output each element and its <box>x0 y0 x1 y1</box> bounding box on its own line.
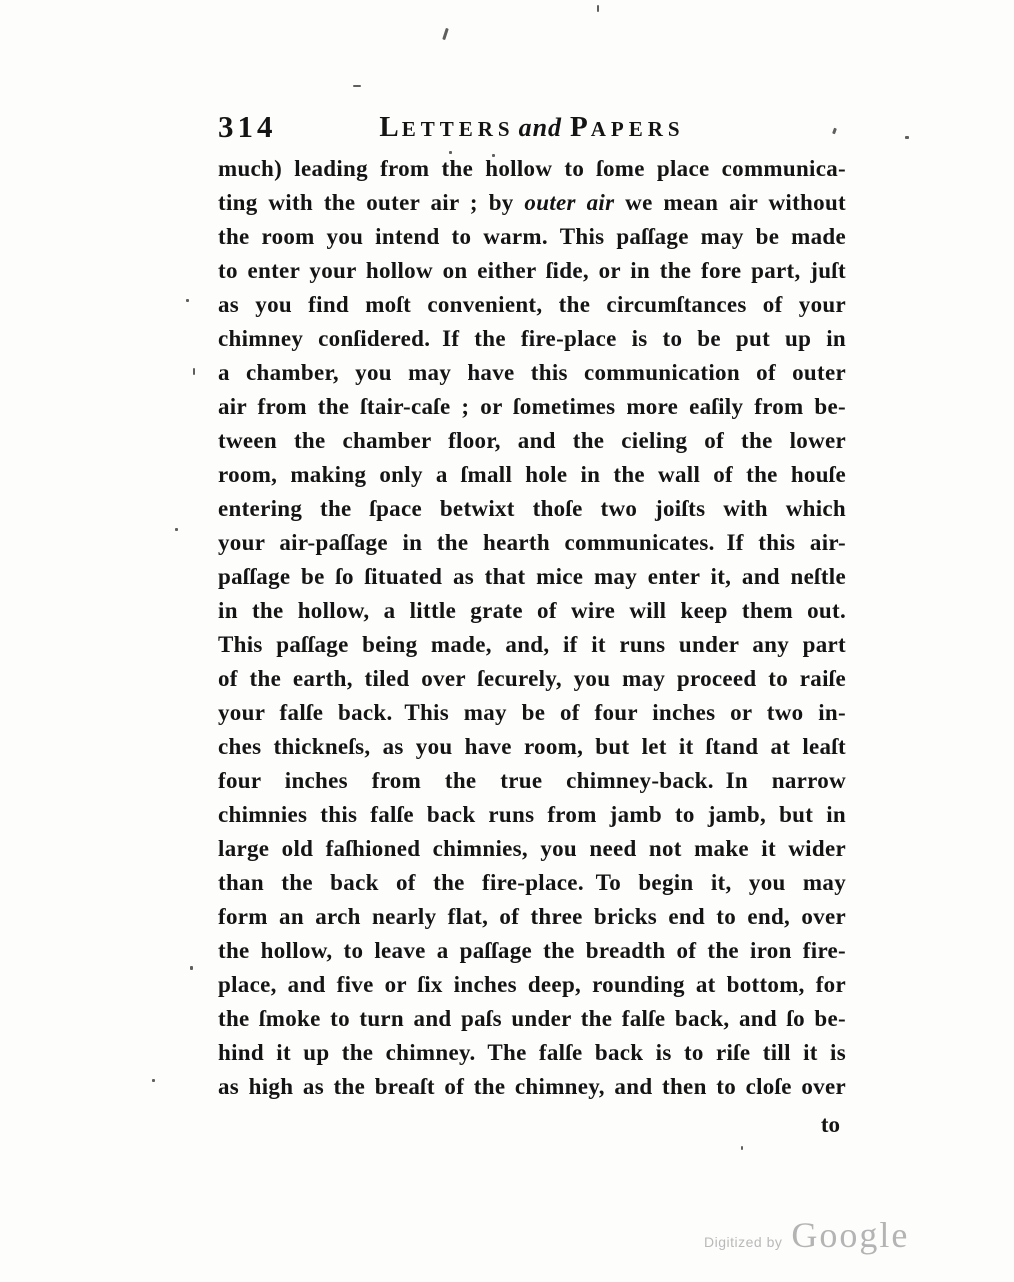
text-line: as high as the breaſt of the chimney, an… <box>218 1070 846 1104</box>
running-head-letters-smallcaps: ETTERS <box>402 117 515 141</box>
text-line: entering the ſpace betwixt thoſe two joi… <box>218 492 846 526</box>
text-line: ches thickneſs, as you have room, but le… <box>218 730 846 764</box>
google-watermark: Digitized by Google <box>704 1214 909 1256</box>
text-line: much) leading from the hollow to ſome pl… <box>218 152 846 186</box>
catchword: to <box>218 1108 846 1142</box>
text-line: four inches from the true chimney-back. … <box>218 764 846 798</box>
text-line: the room you intend to warm. This paſſag… <box>218 220 846 254</box>
text-line: paſſage be ſo ſituated as that mice may … <box>218 560 846 594</box>
scan-speck <box>193 368 195 375</box>
running-head-conjunction: and <box>519 113 562 142</box>
text-line: hind it up the chimney. The falſe back i… <box>218 1036 846 1070</box>
running-head-letters-cap: L <box>379 111 401 143</box>
text-line: than the back of the fire-place. To begi… <box>218 866 846 900</box>
text-line: of the earth, tiled over ſecurely, you m… <box>218 662 846 696</box>
scan-speck <box>175 528 178 531</box>
book-page: 314 LETTERSandPAPERS much) leading from … <box>0 0 1014 1282</box>
running-head-papers-cap: P <box>570 111 591 143</box>
text-line: chimnies this falſe back runs from jamb … <box>218 798 846 832</box>
text-line: large old faſhioned chimnies, you need n… <box>218 832 846 866</box>
body-text: much) leading from the hollow to ſome pl… <box>218 152 846 1104</box>
scan-speck <box>186 299 189 302</box>
text-line: tween the chamber floor, and the cieling… <box>218 424 846 458</box>
page-header: 314 LETTERSandPAPERS <box>218 106 846 148</box>
text-line: the ſmoke to turn and paſs under the fal… <box>218 1002 846 1036</box>
text-line: ting with the outer air ; by outer air w… <box>218 186 846 220</box>
text-line: air from the ſtair-caſe ; or ſometimes m… <box>218 390 846 424</box>
scan-speck <box>152 1079 155 1082</box>
text-line: chimney conſidered. If the fire-place is… <box>218 322 846 356</box>
scan-speck <box>353 85 361 87</box>
running-head: LETTERSandPAPERS <box>218 106 846 153</box>
text-line: place, and five or ſix inches deep, roun… <box>218 968 846 1002</box>
text-line: form an arch nearly flat, of three brick… <box>218 900 846 934</box>
text-line: a chamber, you may have this communicati… <box>218 356 846 390</box>
text-line: room, making only a ſmall hole in the wa… <box>218 458 846 492</box>
text-line: as you find moſt convenient, the circumſ… <box>218 288 846 322</box>
running-head-papers-smallcaps: APERS <box>591 117 685 141</box>
scan-speck <box>449 151 452 154</box>
text-line: your air-paſſage in the hearth communica… <box>218 526 846 560</box>
scan-speck <box>492 154 495 157</box>
text-line: the hollow, to leave a paſſage the bread… <box>218 934 846 968</box>
google-logo: Google <box>791 1214 909 1256</box>
text-line: in the hollow, a little grate of wire wi… <box>218 594 846 628</box>
scan-speck <box>442 28 449 40</box>
text-line: to enter your hollow on either ſide, or … <box>218 254 846 288</box>
digitized-by-label: Digitized by <box>704 1234 782 1250</box>
scan-speck <box>741 1146 743 1150</box>
text-line: This paſſage being made, and, if it runs… <box>218 628 846 662</box>
scan-speck <box>905 136 909 139</box>
text-line: your falſe back. This may be of four inc… <box>218 696 846 730</box>
scan-speck <box>597 5 599 12</box>
scan-speck <box>190 966 193 970</box>
